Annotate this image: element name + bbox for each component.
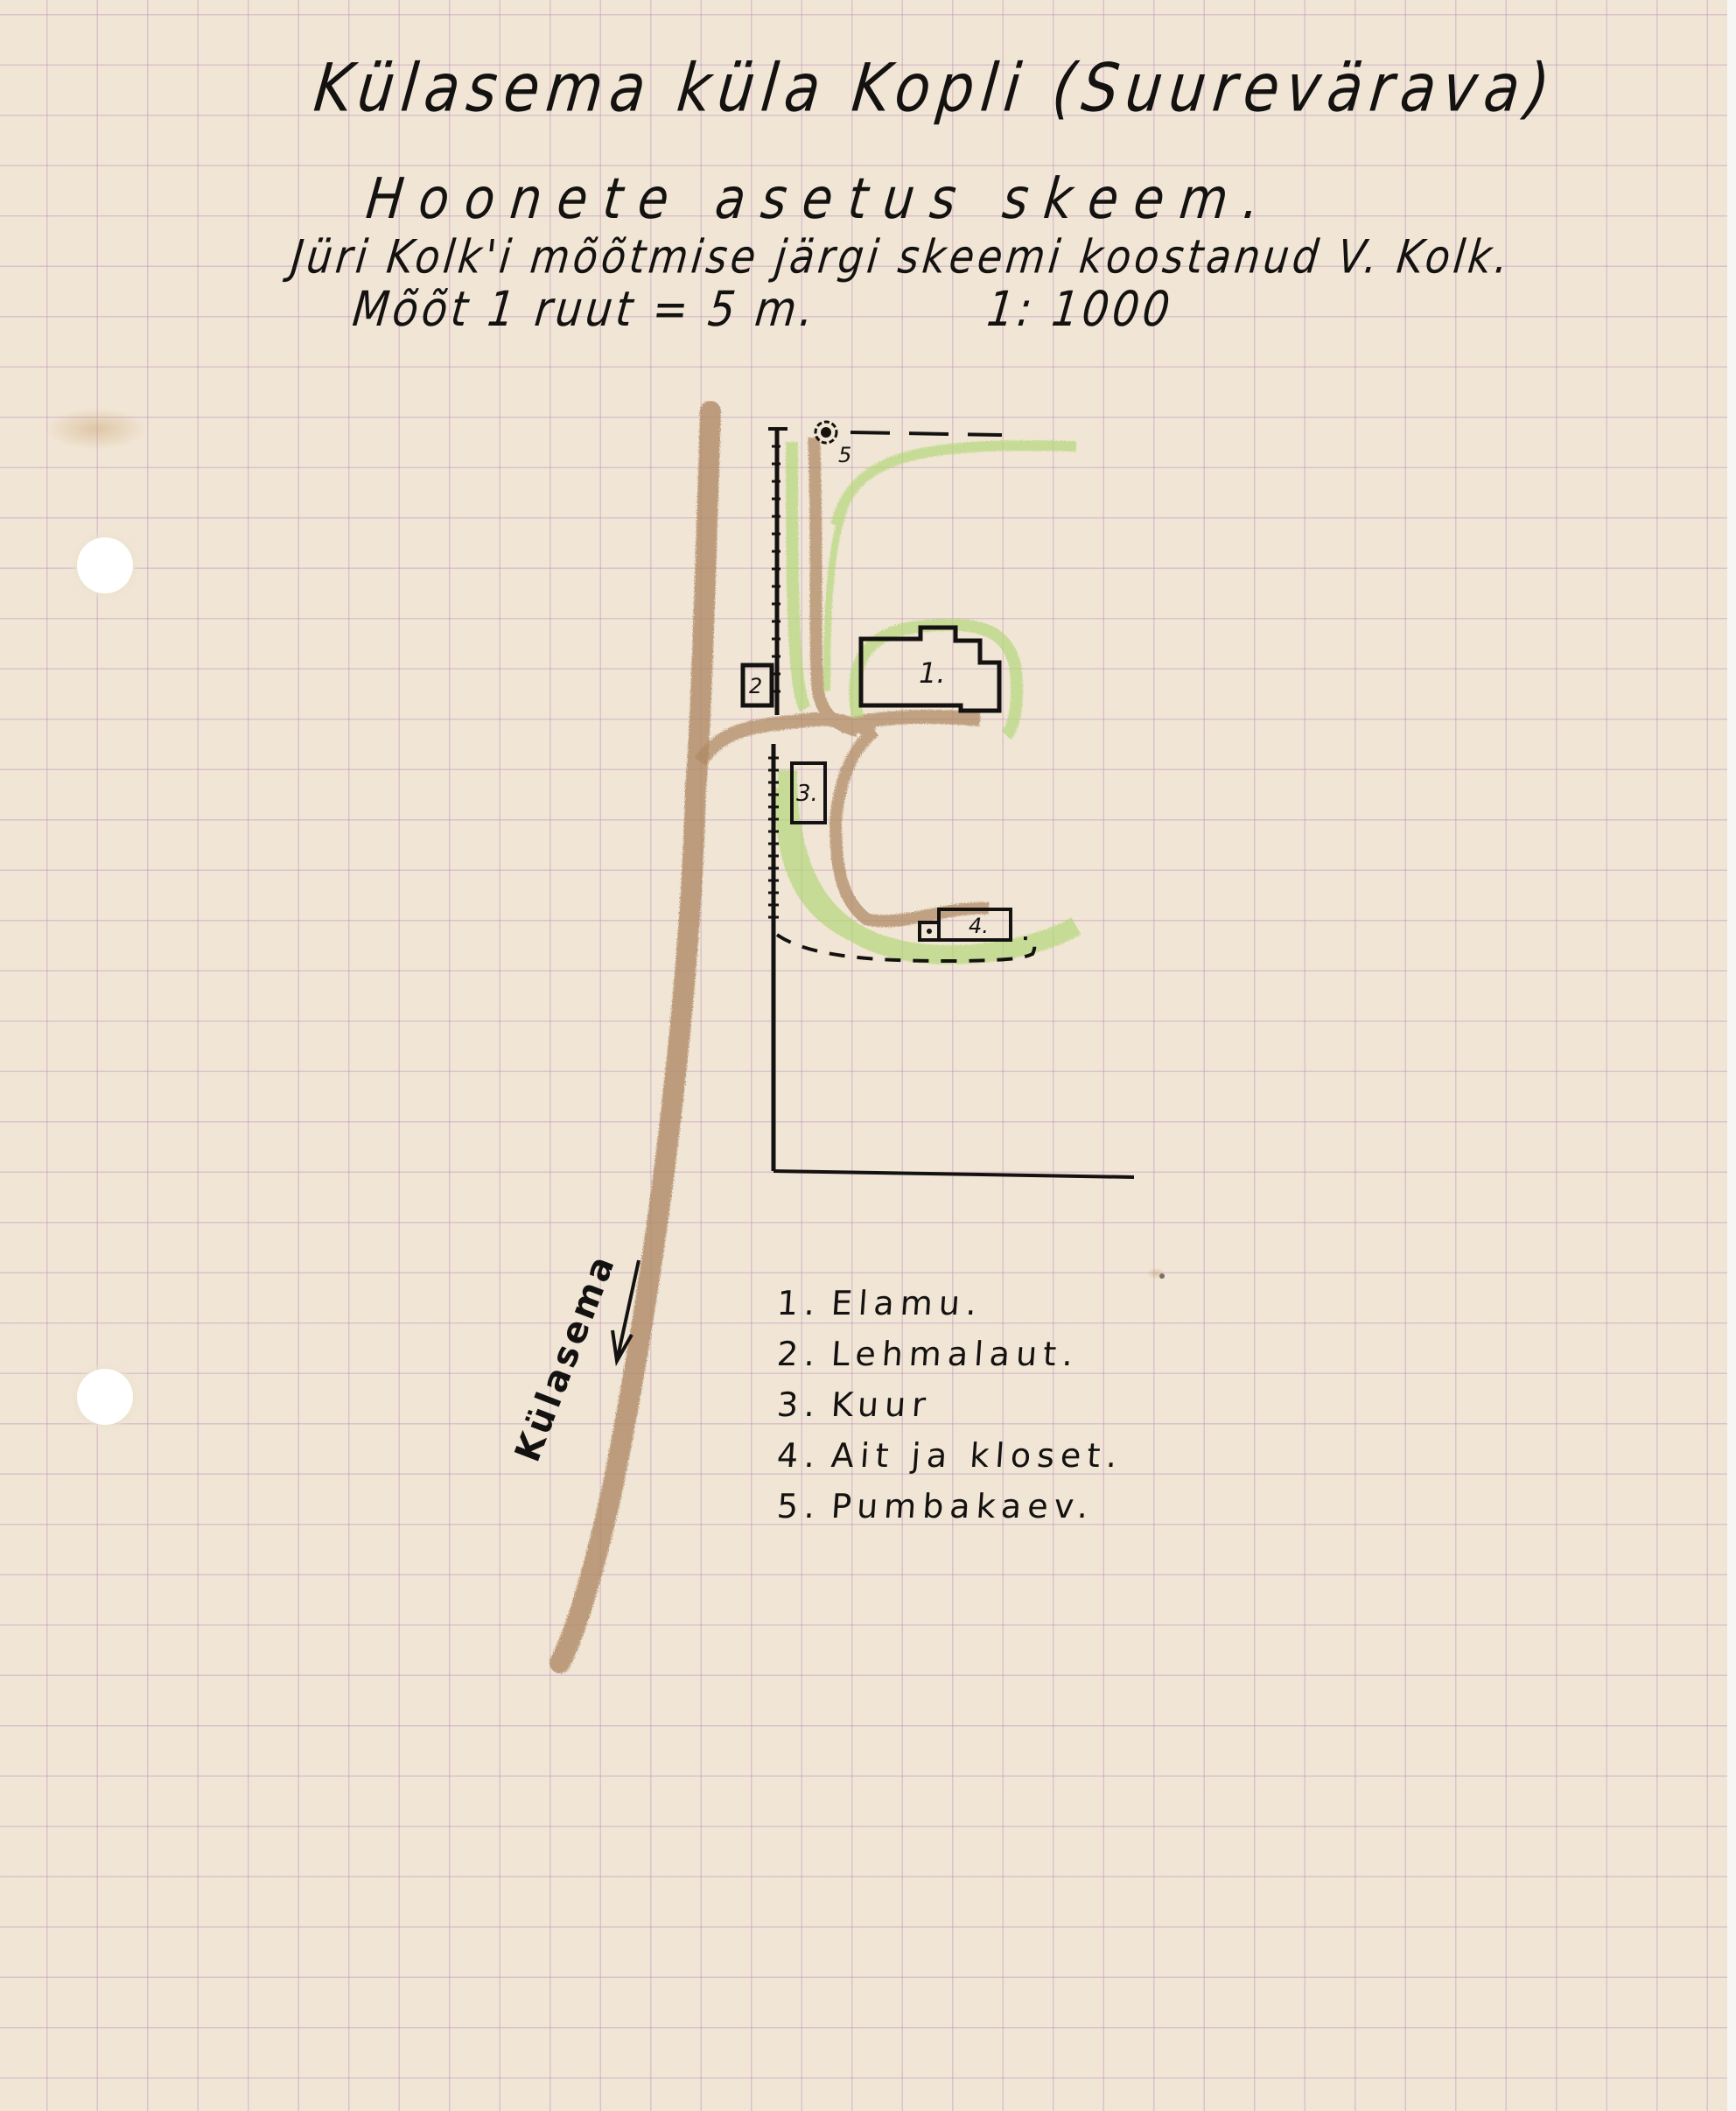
building-2-lehmalaut[interactable]: 2 — [743, 665, 772, 705]
legend-label: Lehmalaut. — [829, 1335, 1080, 1373]
building-3-label: 3. — [796, 781, 818, 807]
legend-label: Elamu. — [829, 1284, 983, 1322]
legend-item: 2.Lehmalaut. — [775, 1329, 1124, 1379]
building-4-label: 4. — [969, 914, 989, 938]
well-5-label: 5 — [838, 443, 851, 467]
building-1-elamu[interactable]: 1. — [861, 628, 999, 711]
legend-item: 5.Pumbakaev. — [775, 1481, 1124, 1532]
legend-label: Kuur — [829, 1385, 933, 1424]
legend-number: 5. — [775, 1481, 833, 1532]
site-plan-map: 1. 2 3. 4. 5 — [0, 0, 1736, 2111]
legend: 1.Elamu. 2.Lehmalaut. 3.Kuur 4.Ait ja kl… — [777, 1278, 1123, 1532]
building-1-label: 1. — [919, 656, 946, 690]
building-2-label: 2 — [749, 674, 762, 698]
legend-number: 1. — [775, 1278, 833, 1329]
legend-number: 3. — [775, 1379, 833, 1430]
legend-number: 2. — [775, 1329, 833, 1379]
paper-mark — [1159, 1273, 1165, 1279]
main-road — [560, 411, 710, 1663]
legend-item: 3.Kuur — [775, 1379, 1124, 1430]
well-5-pumbakaev[interactable]: 5 — [815, 422, 851, 467]
legend-label: Pumbakaev. — [829, 1487, 1095, 1525]
graph-paper-page: Külasema küla Kopli (Suurevärava) Hoonet… — [0, 0, 1736, 2111]
legend-item: 1.Elamu. — [775, 1278, 1124, 1329]
legend-item: 4.Ait ja kloset. — [775, 1430, 1124, 1481]
boundary-lower — [768, 744, 1134, 1177]
legend-label: Ait ja kloset. — [829, 1436, 1123, 1475]
legend-number: 4. — [775, 1430, 833, 1481]
